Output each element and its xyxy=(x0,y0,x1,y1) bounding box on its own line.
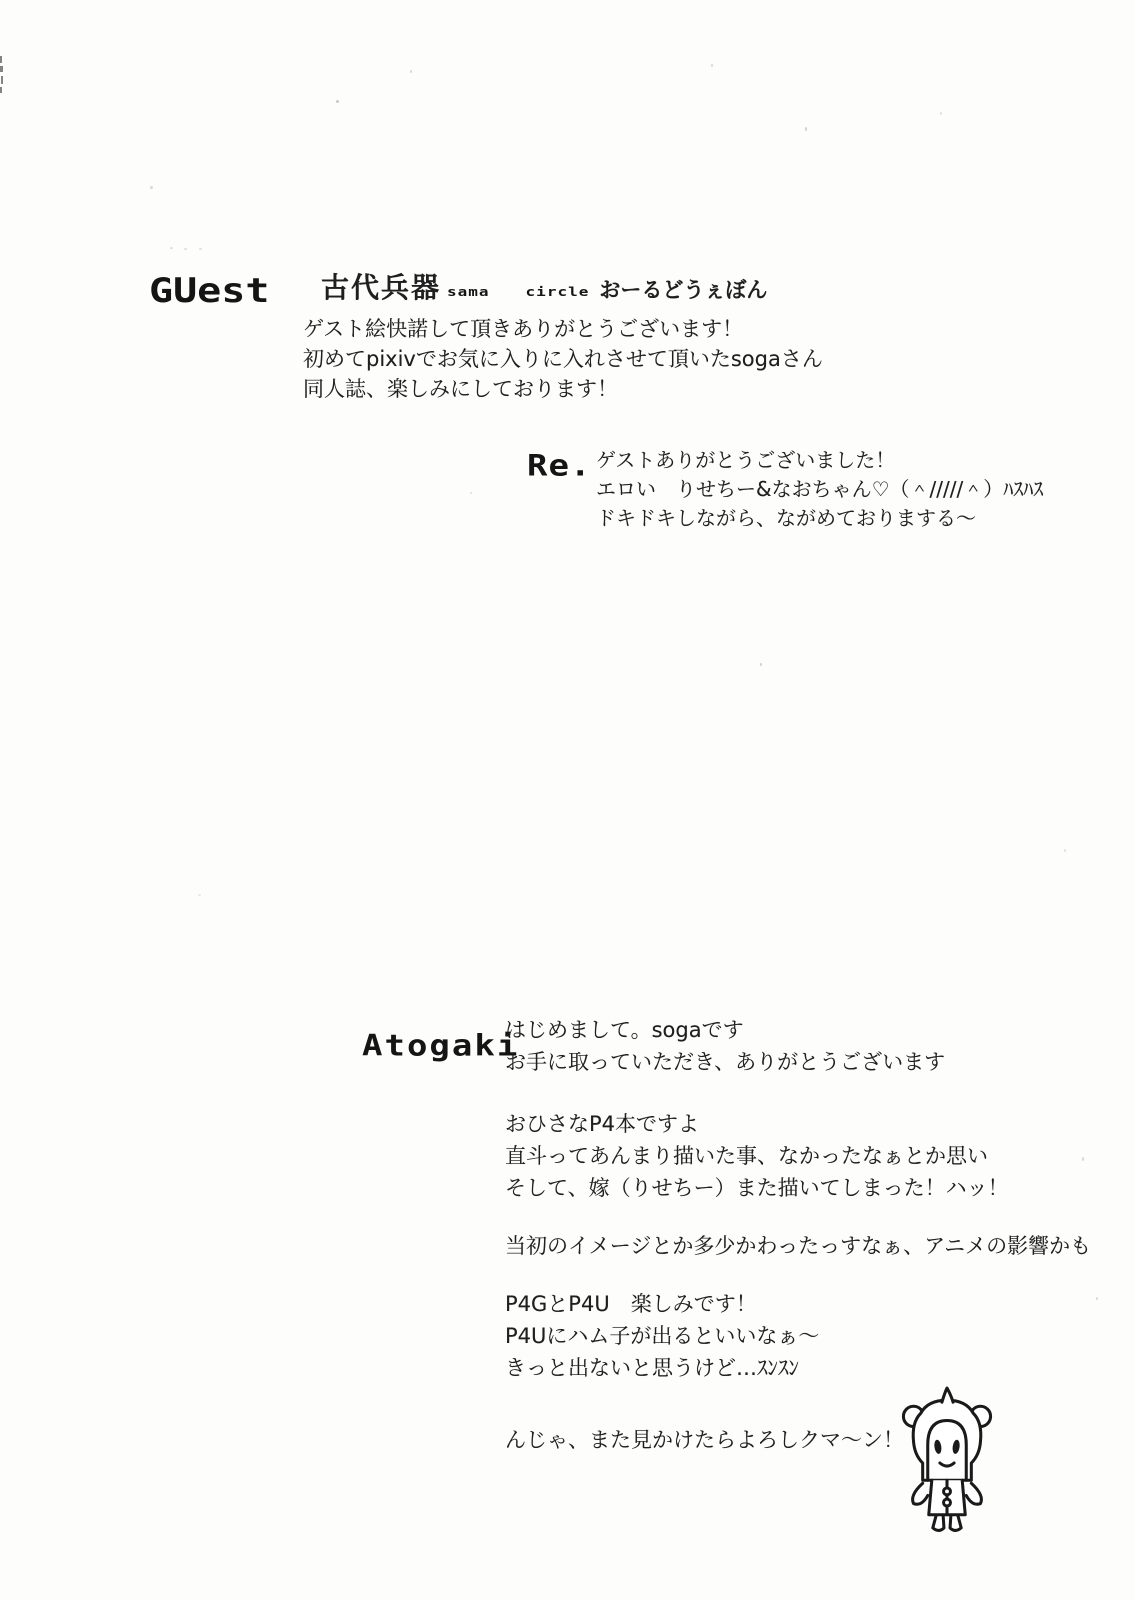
guest-artist-name: 古代兵器 xyxy=(321,266,441,306)
scan-speck xyxy=(336,100,339,103)
atogaki-line: そして、嫁（りせちー）また描いてしまった！ハッ！ xyxy=(505,1172,1091,1204)
guest-message: ゲスト絵快諾して頂きありがとうございます！ 初めてpixivでお気に入りに入れさ… xyxy=(303,314,823,404)
teddie-bear-doodle-icon xyxy=(896,1386,998,1536)
atogaki-line: はじめまして。sogaです xyxy=(505,1014,1091,1046)
scan-speck xyxy=(760,663,762,666)
scan-speck xyxy=(940,112,942,115)
atogaki-line: お手に取っていただき、ありがとうございます xyxy=(505,1046,1091,1078)
guest-message-line: ゲスト絵快諾して頂きありがとうございます！ xyxy=(303,314,823,344)
guest-logo: GUest xyxy=(149,271,269,310)
atogaki-line: んじゃ、また見かけたらよろしクマ～ン！ xyxy=(505,1424,1091,1456)
re-message-line: ドキドキしながら、ながめておりまする～ xyxy=(596,504,1043,533)
atogaki-line: おひさなP4本ですよ xyxy=(505,1108,1091,1140)
atogaki-line: きっと出ないと思うけど…ｽﾝｽﾝ xyxy=(505,1352,1091,1384)
paragraph-gap xyxy=(505,1204,1091,1230)
atogaki-message: はじめまして。sogaです お手に取っていただき、ありがとうございます おひさな… xyxy=(505,1014,1091,1456)
scan-edge-mark xyxy=(1,76,3,84)
scan-edge-mark xyxy=(0,56,2,63)
scanned-doujin-page: GUest 古代兵器 sama circle おーるどうぇぼん ゲスト絵快諾して… xyxy=(0,0,1135,1600)
atogaki-logo: Atogaki xyxy=(362,1029,519,1063)
guest-honorific: sama xyxy=(447,284,490,299)
atogaki-line: P4Uにハム子が出るといいなぁ～ xyxy=(505,1320,1091,1352)
circle-label: circle xyxy=(526,284,590,299)
paragraph-gap xyxy=(505,1078,1091,1108)
scan-edge-mark xyxy=(0,87,2,93)
re-message-line: ゲストありがとうございました！ xyxy=(596,446,1043,475)
circle-name: おーるどうぇぼん xyxy=(599,274,767,304)
guest-credit-line: 古代兵器 sama circle おーるどうぇぼん xyxy=(321,266,767,306)
guest-message-line: 初めてpixivでお気に入りに入れさせて頂いたsogaさん xyxy=(303,344,823,374)
scan-speck xyxy=(470,492,472,494)
scan-speck xyxy=(198,894,201,896)
scan-speck xyxy=(410,70,412,73)
re-logo: Re. xyxy=(527,449,591,483)
atogaki-line: 当初のイメージとか多少かわったっすなぁ、アニメの影響かも xyxy=(505,1230,1091,1262)
atogaki-line: 直斗ってあんまり描いた事、なかったなぁとか思い xyxy=(505,1140,1091,1172)
scan-speck xyxy=(150,186,153,189)
scan-speck xyxy=(805,127,807,131)
scan-speck xyxy=(170,247,173,249)
re-message: ゲストありがとうございました！ エロい りせちー&なおちゃん♡（＾/////＾）… xyxy=(596,446,1043,533)
paragraph-gap xyxy=(505,1262,1091,1288)
scan-edge-mark xyxy=(0,66,3,72)
guest-message-line: 同人誌、楽しみにしております！ xyxy=(303,374,823,404)
scan-speck xyxy=(1096,1297,1098,1300)
scan-speck xyxy=(1064,849,1066,852)
atogaki-line: P4GとP4U 楽しみです！ xyxy=(505,1288,1091,1320)
paragraph-gap xyxy=(505,1384,1091,1424)
re-message-line: エロい りせちー&なおちゃん♡（＾/////＾）ﾊｽﾊｽ xyxy=(596,475,1043,504)
scan-speck xyxy=(1082,1157,1084,1161)
scan-speck xyxy=(184,248,187,250)
scan-speck xyxy=(199,248,202,250)
scan-speck xyxy=(711,64,713,67)
